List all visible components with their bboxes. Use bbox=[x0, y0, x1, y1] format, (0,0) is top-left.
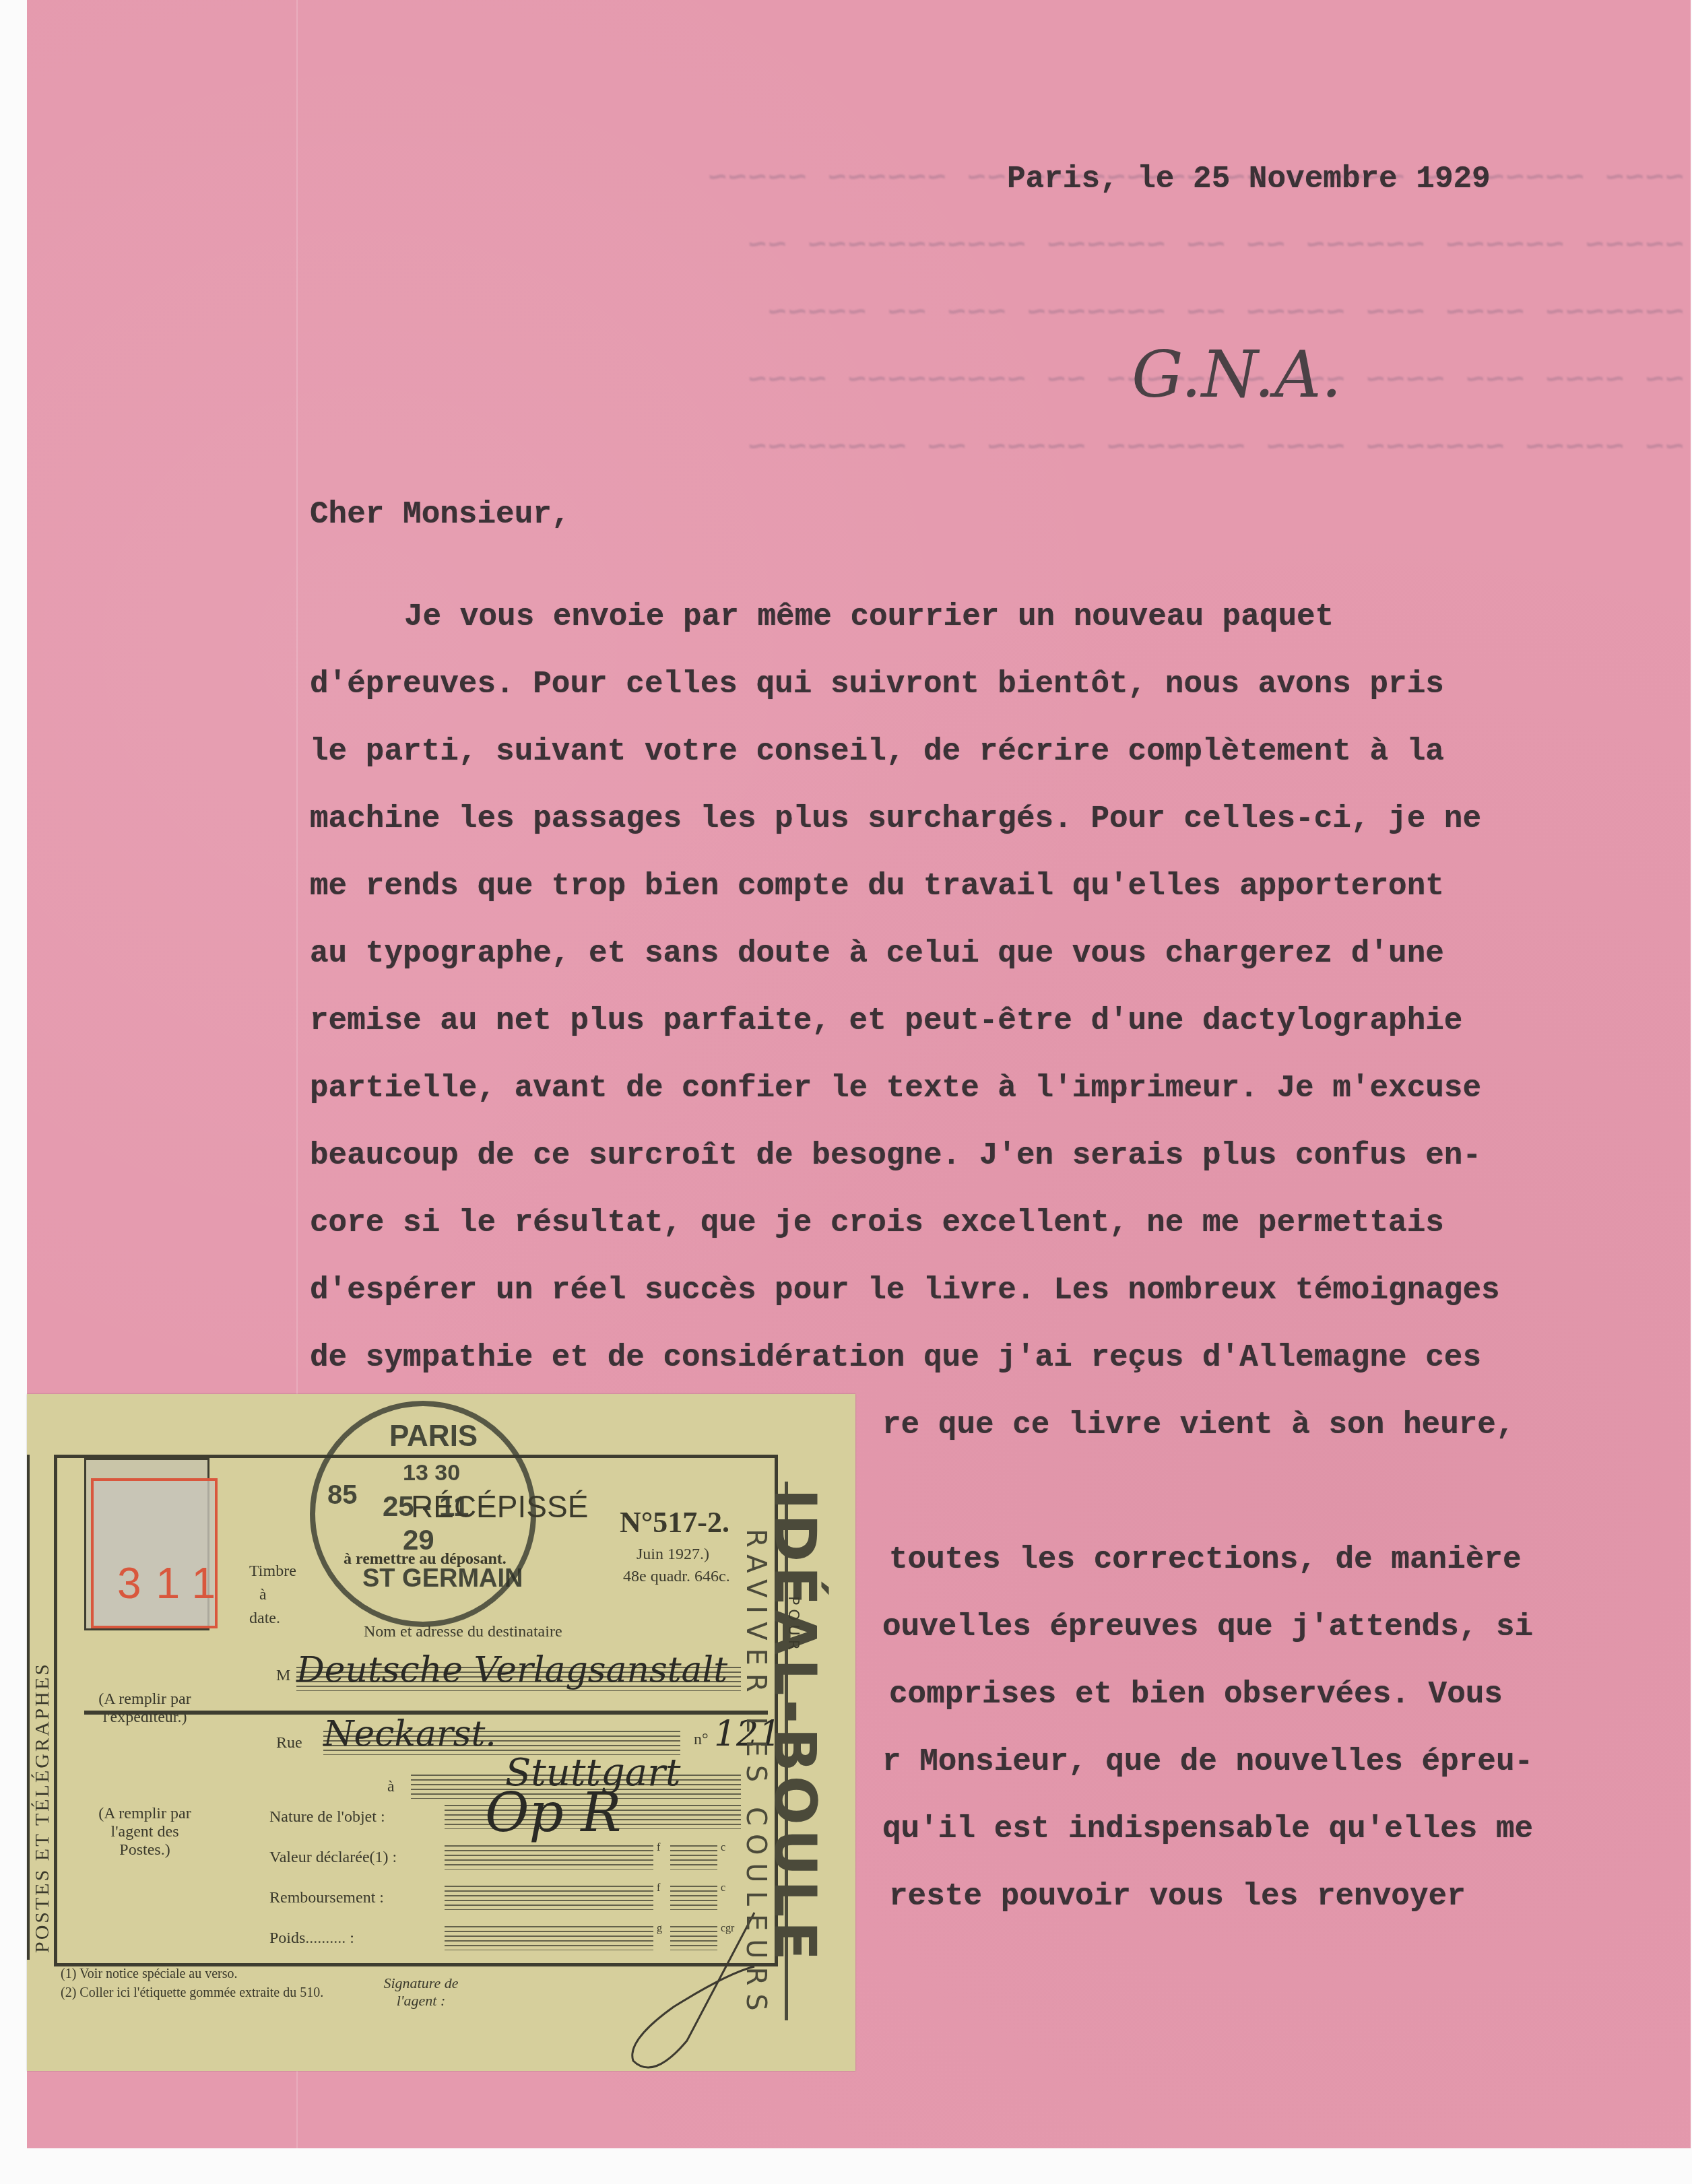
timbre-a: à bbox=[259, 1586, 267, 1604]
postmark-side: 85 bbox=[327, 1480, 358, 1511]
agent-signature-scribble bbox=[552, 1906, 768, 2074]
letter-line: core si le résultat, que je crois excell… bbox=[310, 1205, 1444, 1240]
poids-label: Poids.......... : bbox=[269, 1929, 354, 1948]
ad-tagline: RAVIVER LES COULEURS bbox=[740, 1529, 771, 2019]
remettre-label: à remettre au déposant. bbox=[344, 1550, 507, 1568]
letter-salutation: Cher Monsieur, bbox=[310, 497, 570, 532]
valeur-label: Valeur déclarée(1) : bbox=[269, 1849, 397, 1867]
valeur-field-lines bbox=[445, 1845, 653, 1869]
bleed-through-text: ~~~~~ ~~~~~~ ~~~~~~ ~~ ~~ ~~~~~~ ~~~~~~~… bbox=[337, 229, 1684, 264]
letter-line: re que ce livre vient à son heure, bbox=[882, 1408, 1515, 1443]
bleed-through-text: ~~ ~~~~ ~~~ ~~~~ ~~~ ~~~~~~~~ ~~ ~~~~~~~… bbox=[337, 364, 1684, 399]
form-number: N°517-2. bbox=[620, 1505, 729, 1540]
signature-label: Signature de l'agent : bbox=[370, 1975, 471, 2010]
valeur-unit-f: f bbox=[657, 1842, 660, 1854]
footnote-1: (1) Voir notice spéciale au verso. bbox=[61, 1966, 238, 1982]
rue-label: Rue bbox=[276, 1734, 302, 1752]
remboursement-label: Remboursement : bbox=[269, 1889, 384, 1907]
letter-line: me rends que trop bien compte du travail… bbox=[310, 869, 1444, 904]
valeur-cents-lines bbox=[670, 1845, 717, 1869]
timbre-label: Timbre bbox=[249, 1562, 296, 1581]
postmark-office: ST GERMAIN bbox=[362, 1564, 523, 1593]
registration-number: 311 bbox=[117, 1558, 230, 1608]
letter-line: le parti, suivant votre conseil, de récr… bbox=[310, 734, 1444, 769]
section-divider bbox=[84, 1711, 768, 1715]
ad-brand: IDÉAL-BOULE bbox=[761, 1488, 828, 1964]
no-label: n° bbox=[694, 1731, 709, 1749]
bleed-through-text: ~~ ~~~~~ ~~~~~~~ ~~~~ ~~~~~~~ ~~~~~ ~~ ~… bbox=[337, 431, 1684, 466]
a-label: à bbox=[387, 1778, 395, 1796]
letter-line: qu'il est indispensable qu'elles me bbox=[882, 1812, 1533, 1847]
letter-line: au typographe, et sans doute à celui que… bbox=[310, 936, 1444, 971]
letter-line: de sympathie et de considération que j'a… bbox=[310, 1340, 1481, 1375]
m-label: M bbox=[276, 1667, 290, 1685]
registration-label: 311 bbox=[91, 1478, 218, 1628]
rue-handwritten: Neckarst. bbox=[323, 1714, 496, 1754]
letter-line: beaucoup de ce surcroît de besogne. J'en… bbox=[310, 1138, 1481, 1173]
form-quad: 48e quadr. 646c. bbox=[623, 1568, 730, 1586]
remboursement-unit-c: c bbox=[721, 1882, 725, 1894]
sender-note: (A remplir par l'expéditeur.) bbox=[91, 1690, 199, 1727]
postmark-city: PARIS bbox=[389, 1420, 478, 1453]
recipient-heading: Nom et adresse du destinataire bbox=[364, 1623, 562, 1641]
receipt-title: RÉCÉPISSÉ bbox=[411, 1488, 588, 1525]
form-date: Juin 1927.) bbox=[637, 1546, 709, 1564]
letter-line: d'espérer un réel succès pour le livre. … bbox=[310, 1273, 1500, 1308]
letter-line: remise au net plus parfaite, et peut-êtr… bbox=[310, 1003, 1462, 1038]
letter-line: d'épreuves. Pour celles qui suivront bie… bbox=[310, 667, 1444, 702]
footnote-2: (2) Coller ici l'étiquette gommée extrai… bbox=[61, 1985, 350, 2001]
agent-note: (A remplir par l'agent des Postes.) bbox=[91, 1805, 199, 1859]
ad-pour: POUR bbox=[785, 1596, 802, 1654]
letter-line: partielle, avant de confier le texte à l… bbox=[310, 1071, 1481, 1106]
nature-label: Nature de l'objet : bbox=[269, 1808, 385, 1826]
remboursement-unit-f: f bbox=[657, 1882, 660, 1894]
postal-receipt: POSTES ET TÉLÉGRAPHES 311 Timbre à date.… bbox=[27, 1394, 855, 2071]
letter-line: ouvelles épreuves que j'attends, si bbox=[882, 1610, 1533, 1645]
timbre-date: date. bbox=[249, 1610, 280, 1628]
letter-dateline: Paris, le 25 Novembre 1929 bbox=[1007, 162, 1491, 197]
letter-line: r Monsieur, que de nouvelles épreu- bbox=[882, 1744, 1533, 1779]
bleed-through-text: ~~~~~~~ ~~~~ ~~~ ~~~~~ ~~ ~~~~~~~ ~~~ ~~… bbox=[337, 296, 1684, 331]
letter-line: comprises et bien observées. Vous bbox=[889, 1677, 1503, 1712]
letter-line: Je vous envoie par même courrier un nouv… bbox=[404, 599, 1334, 634]
nature-handwritten: Op R bbox=[485, 1781, 621, 1844]
postmark-time: 13 30 bbox=[403, 1460, 460, 1486]
letter-line: reste pouvoir vous les renvoyer bbox=[889, 1879, 1466, 1914]
letter-line: toutes les corrections, de manière bbox=[889, 1542, 1522, 1577]
postes-telegraphes-strip: POSTES ET TÉLÉGRAPHES bbox=[31, 1662, 54, 1953]
handwritten-initials: G.N.A. bbox=[1132, 337, 1342, 412]
valeur-unit-c: c bbox=[721, 1842, 725, 1854]
m-handwritten: Deutsche Verlagsanstalt bbox=[296, 1650, 727, 1690]
letter-line: machine les passages les plus surchargés… bbox=[310, 801, 1481, 836]
